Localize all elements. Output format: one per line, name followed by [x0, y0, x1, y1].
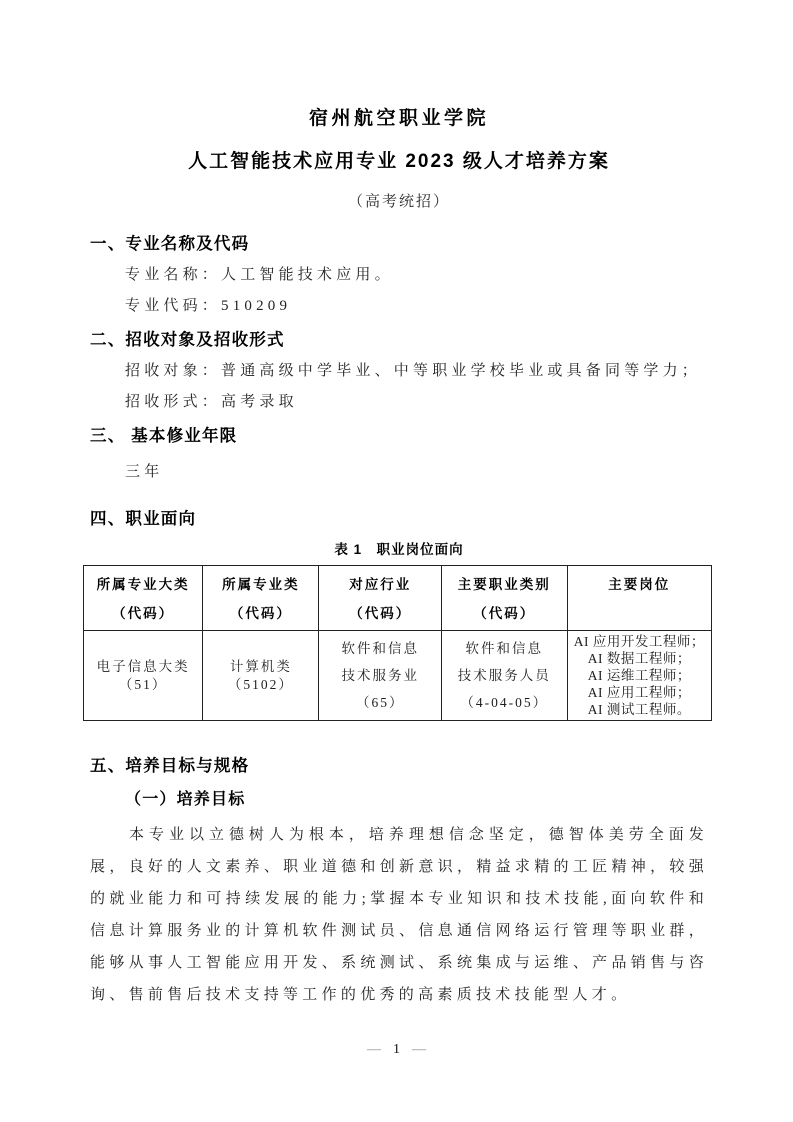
- header-cell-main-positions: 主要岗位: [567, 566, 711, 631]
- cell-main-positions: AI 应用开发工程师； AI 数据工程师； AI 运维工程师； AI 应用工程师…: [567, 631, 711, 721]
- study-duration-line: 三年: [90, 461, 708, 483]
- table-caption: 表 1 职业岗位面向: [90, 541, 708, 559]
- document-page: 宿州航空职业学院 人工智能技术应用专业 2023 级人才培养方案 （高考统招） …: [0, 0, 793, 1122]
- section-heading-1: 一、专业名称及代码: [90, 233, 708, 255]
- section-heading-3: 三、 基本修业年限: [90, 425, 708, 447]
- training-objective-paragraph: 本专业以立德树人为根本，培养理想信念坚定，德智体美劳全面发展，良好的人文素养、职…: [90, 819, 708, 1011]
- section-heading-5: 五、培养目标与规格: [90, 755, 708, 777]
- jobs-table: 所属专业大类 （代码） 所属专业类 （代码） 对应行业 （代码） 主要职业类别 …: [83, 565, 712, 721]
- major-code-line: 专业代码：510209: [90, 295, 708, 317]
- subsection-heading-training-objective: （一）培养目标: [90, 789, 708, 811]
- section-heading-4: 四、职业面向: [90, 508, 708, 530]
- page-number: —1—: [0, 1040, 793, 1060]
- jobs-table-data-row: 电子信息大类 （51） 计算机类 （5102） 软件和信息 技术服务业 （65）…: [84, 631, 712, 721]
- section-heading-2: 二、招收对象及招收形式: [90, 329, 708, 351]
- document-title: 宿州航空职业学院: [90, 0, 708, 132]
- major-name-line: 专业名称：人工智能技术应用。: [90, 264, 708, 286]
- admission-form-line: 招收形式：高考录取: [90, 391, 708, 413]
- cell-major-class: 计算机类 （5102）: [203, 631, 319, 721]
- header-cell-major-category: 所属专业大类 （代码）: [84, 566, 203, 631]
- header-cell-occupation-category: 主要职业类别 （代码）: [441, 566, 567, 631]
- admission-target-line: 招收对象：普通高级中学毕业、中等职业学校毕业或具备同等学力；: [90, 360, 708, 382]
- cell-industry: 软件和信息 技术服务业 （65）: [319, 631, 441, 721]
- page-number-dash-right: —: [412, 1042, 426, 1057]
- header-cell-major-class: 所属专业类 （代码）: [203, 566, 319, 631]
- admission-note: （高考统招）: [90, 191, 708, 213]
- header-cell-industry: 对应行业 （代码）: [319, 566, 441, 631]
- cell-occupation-category: 软件和信息 技术服务人员 （4-04-05）: [441, 631, 567, 721]
- page-number-value: 1: [393, 1042, 400, 1057]
- document-subtitle: 人工智能技术应用专业 2023 级人才培养方案: [90, 149, 708, 175]
- cell-major-category: 电子信息大类 （51）: [84, 631, 203, 721]
- page-number-dash-left: —: [367, 1042, 381, 1057]
- jobs-table-header-row: 所属专业大类 （代码） 所属专业类 （代码） 对应行业 （代码） 主要职业类别 …: [84, 566, 712, 631]
- document-content: 宿州航空职业学院 人工智能技术应用专业 2023 级人才培养方案 （高考统招） …: [0, 0, 793, 1011]
